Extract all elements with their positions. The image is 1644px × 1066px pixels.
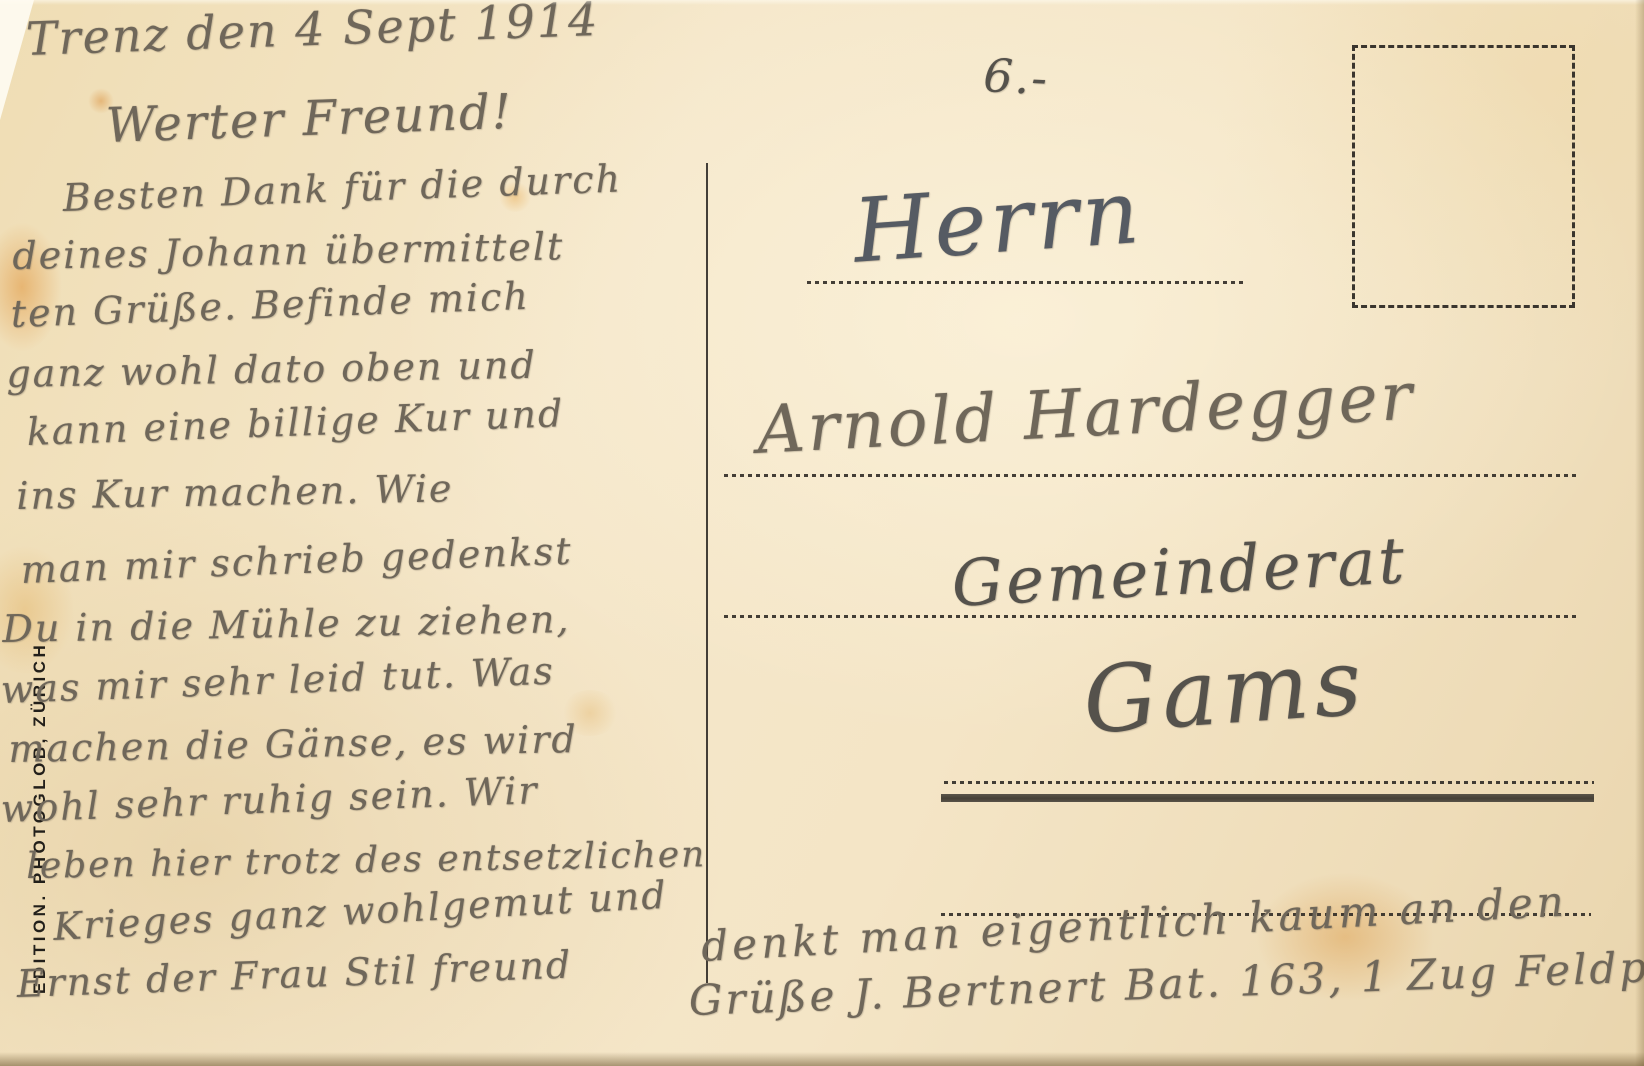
message-line: ins Kur machen. Wie <box>16 466 454 518</box>
message-line: Besten Dank für die durch <box>62 156 623 219</box>
message-line: Ernst der Frau Stil freund <box>16 943 573 1006</box>
message-line: deines Johann übermittelt <box>12 224 565 278</box>
message-line: man mir schrieb gedenkst <box>20 529 573 592</box>
edge-highlight-top <box>0 0 1644 5</box>
message-line: machen die Gänse, es wird <box>8 717 578 771</box>
address-title: Herrn <box>850 160 1146 283</box>
address-dotline-4 <box>944 781 1594 784</box>
stamp-box <box>1352 45 1575 308</box>
message-line: was mir sehr leid tut. Was <box>0 649 555 712</box>
address-name: Arnold Hardegger <box>755 358 1417 469</box>
edge-shadow-bottom <box>0 1052 1644 1066</box>
message-salutation: Werter Freund! <box>105 84 514 154</box>
address-place: Gams <box>1080 628 1370 754</box>
address-underline-thick <box>941 794 1594 802</box>
address-dotline-3 <box>724 615 1580 618</box>
message-line: ganz wohl dato oben und <box>6 343 537 396</box>
address-dotline-2 <box>724 474 1578 477</box>
edge-shadow-right <box>1635 0 1644 1066</box>
message-line: wohl sehr ruhig sein. Wir <box>0 768 539 831</box>
address-role: Gemeinderat <box>950 524 1409 622</box>
message-line: ten Grüße. Befinde mich <box>10 274 531 336</box>
message-date: Trenz den 4 Sept 1914 <box>25 0 600 66</box>
message-line: kann eine billige Kur und <box>26 391 565 454</box>
postcard-back: EDITION. PHOTOGLOB, ZÜRICH 6.- Trenz den… <box>0 0 1644 1066</box>
price-note: 6.- <box>982 48 1050 105</box>
message-line: Du in die Mühle zu ziehen, <box>2 597 571 651</box>
